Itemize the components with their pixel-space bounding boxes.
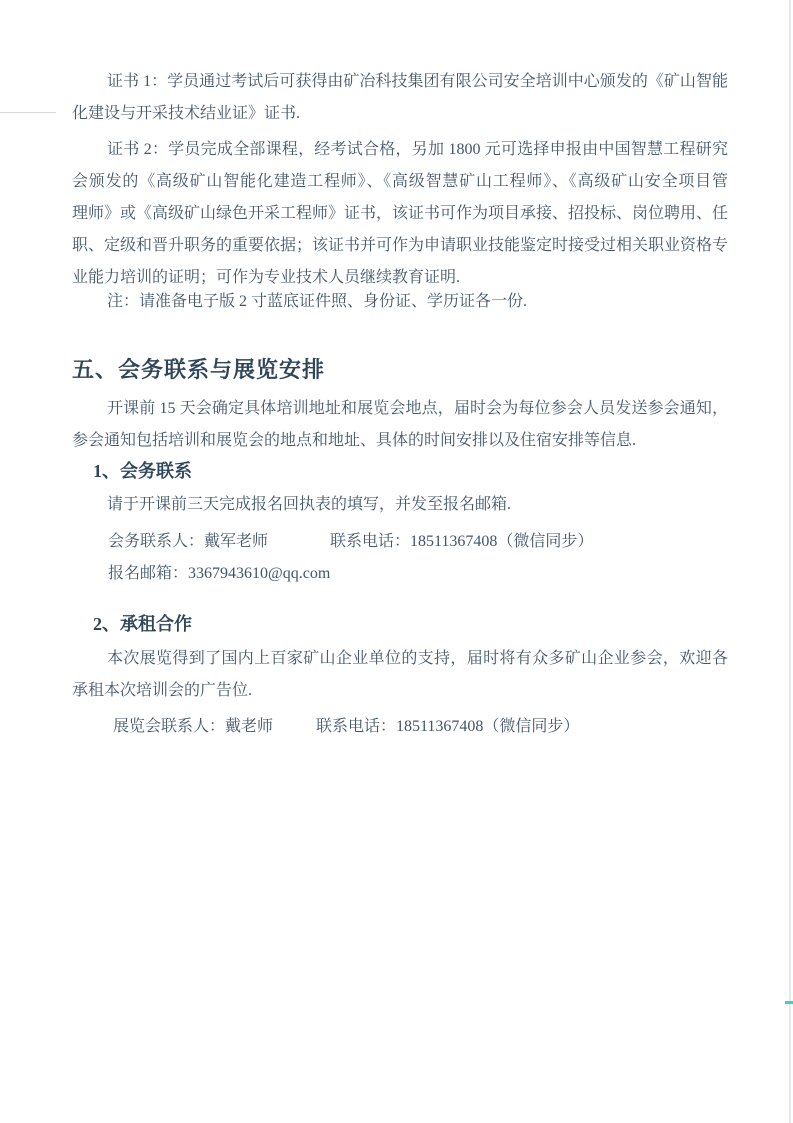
paragraph-registration-instruction: 请于开课前三天完成报名回执表的填写，并发至报名邮箱. xyxy=(72,489,728,521)
text-line: 会颁发的《高级矿山智能化建造工程师》、《高级智慧矿山工程师》、《高级矿山安全项目… xyxy=(72,166,728,198)
text-line: 请于开课前三天完成报名回执表的填写，并发至报名邮箱. xyxy=(72,489,728,521)
contact-person: 会务联系人：戴军老师 xyxy=(108,526,268,558)
section-heading-5: 五、会务联系与展览安排 xyxy=(72,354,325,386)
scan-artifact-left-line xyxy=(0,112,56,113)
text-line: 注：请准备电子版 2 寸蓝底证件照、身份证、学历证各一份. xyxy=(72,286,728,318)
text-line: 职、定级和晋升职务的重要依据；该证书并可作为申请职业技能鉴定时接受过相关职业资格… xyxy=(72,230,728,262)
text-line: 开课前 15 天会确定具体培训地址和展览会地点，届时会为每位参会人员发送参会通知… xyxy=(72,393,728,425)
text-line: 参会通知包括培训和展览会的地点和地址、具体的时间安排以及住宿安排等信息. xyxy=(72,425,728,457)
paragraph-certificate-1: 证书 1：学员通过考试后可获得由矿冶科技集团有限公司安全培训中心颁发的《矿山智能… xyxy=(72,66,728,130)
conference-contact-row: 会务联系人：戴军老师 联系电话：18511367408（微信同步） xyxy=(72,526,728,558)
exhibition-contact-row: 展览会联系人：戴老师 联系电话：18511367408（微信同步） xyxy=(72,711,728,743)
contact-phone: 联系电话：18511367408（微信同步） xyxy=(330,526,593,558)
scan-artifact-teal-mark xyxy=(785,1001,793,1004)
subsection-heading-1: 1、会务联系 xyxy=(93,457,192,485)
paragraph-exhibition: 本次展览得到了国内上百家矿山企业单位的支持，届时将有众多矿山企业参会，欢迎各方 … xyxy=(72,643,728,707)
scan-artifact-right-edge xyxy=(789,0,791,1123)
scanned-document-page: 证书 1：学员通过考试后可获得由矿冶科技集团有限公司安全培训中心颁发的《矿山智能… xyxy=(0,0,793,1123)
subsection-heading-2: 2、承租合作 xyxy=(93,610,192,638)
text-line: 理师》或《高级矿山绿色开采工程师》证书，该证书可作为项目承接、招投标、岗位聘用、… xyxy=(72,198,728,230)
contact-phone: 联系电话：18511367408（微信同步） xyxy=(316,711,579,743)
paragraph-note: 注：请准备电子版 2 寸蓝底证件照、身份证、学历证各一份. xyxy=(72,286,728,318)
registration-email: 报名邮箱：3367943610@qq.com xyxy=(108,558,330,590)
text-line: 证书 1：学员通过考试后可获得由矿冶科技集团有限公司安全培训中心颁发的《矿山智能 xyxy=(72,66,728,98)
contact-person: 展览会联系人：戴老师 xyxy=(113,711,273,743)
text-line: 化建设与开采技术结业证》证书. xyxy=(72,98,728,130)
text-line: 承租本次培训会的广告位. xyxy=(72,675,728,707)
paragraph-intro: 开课前 15 天会确定具体培训地址和展览会地点，届时会为每位参会人员发送参会通知… xyxy=(72,393,728,457)
paragraph-certificate-2: 证书 2：学员完成全部课程，经考试合格，另加 1800 元可选择申报由中国智慧工… xyxy=(72,134,728,294)
text-line: 证书 2：学员完成全部课程，经考试合格，另加 1800 元可选择申报由中国智慧工… xyxy=(72,134,728,166)
text-line: 本次展览得到了国内上百家矿山企业单位的支持，届时将有众多矿山企业参会，欢迎各方 xyxy=(72,643,728,675)
registration-email-row: 报名邮箱：3367943610@qq.com xyxy=(72,558,728,590)
